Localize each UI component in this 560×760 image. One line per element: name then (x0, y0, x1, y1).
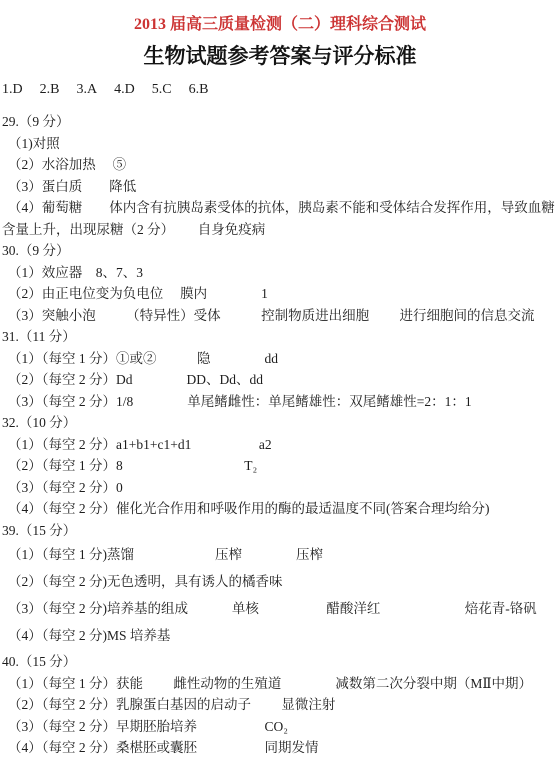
answer-line: （3）（每空 2 分）早期胚胎培养 CO₂ (2, 716, 558, 738)
answer-line: （3）突触小泡 （特异性）受体 控制物质进出细胞 进行细胞间的信息交流 (2, 305, 558, 327)
answer-line: （2）由正电位变为负电位 膜内 1 (2, 283, 558, 305)
section-39: 39.（15 分） （1）（每空 1 分)蒸馏 压榨 压榨 （2）（每空 2 分… (2, 520, 558, 650)
answer-line: （4）（每空 2 分）催化光合作用和呼吸作用的酶的最适温度不同(答案合理均给分) (2, 498, 558, 520)
answer-line: （4）（每空 2 分）桑椹胚或囊胚 同期发情 (2, 737, 558, 759)
answer-line: （3）（每空 2 分）1/8 单尾鳍雌性：单尾鳍雄性：双尾鳍雄性=2：1：1 (2, 391, 558, 413)
section-31-header: 31.（11 分） (2, 326, 558, 348)
answer-line: （2）（每空 1 分）8 T₂ (2, 455, 558, 477)
section-30-header: 30.（9 分） (2, 240, 558, 262)
answer-line: （2）（每空 2 分）乳腺蛋白基因的启动子 显微注射 (2, 694, 558, 716)
answer-line: （4）（每空 2 分)MS 培养基 (2, 622, 558, 649)
answer-line: （1)对照 (2, 133, 558, 155)
answer-line: （3）（每空 2 分)培养基的组成 单核 醋酸洋红 焙花青-铬矾 (2, 595, 558, 622)
choice-answer-1: 1.D (2, 80, 23, 100)
answer-line: （4）葡萄糖 体内含有抗胰岛素受体的抗体，胰岛素不能和受体结合发挥作用，导致血糖 (2, 197, 558, 219)
section-31: 31.（11 分） （1）（每空 1 分）①或② 隐 dd （2）（每空 2 分… (2, 326, 558, 412)
choice-answer-4: 4.D (114, 80, 135, 100)
paper-title: 生物试题参考答案与评分标准 (2, 41, 558, 71)
answer-line: （3）蛋白质 降低 (2, 176, 558, 198)
answer-line-continuation: 含量上升，出现尿糖（2 分） 自身免疫病 (2, 219, 558, 241)
choice-answer-2: 2.B (40, 80, 60, 100)
choice-answer-5: 5.C (152, 80, 172, 100)
section-29: 29.（9 分） （1)对照 （2）水浴加热 ⑤ （3）蛋白质 降低 （4）葡萄… (2, 111, 558, 240)
choice-answers-row: 1.D 2.B 3.A 4.D 5.C 6.B (2, 80, 558, 100)
section-40-header: 40.（15 分） (2, 651, 558, 673)
answer-line: （2）（每空 2 分)无色透明，具有诱人的橘香味 (2, 568, 558, 595)
section-40: 40.（15 分） （1）（每空 1 分）获能 雌性动物的生殖道 减数第二次分裂… (2, 651, 558, 759)
answer-line: （1）（每空 2 分）a1+b1+c1+d1 a2 (2, 434, 558, 456)
section-39-header: 39.（15 分） (2, 520, 558, 542)
answer-line: （1）（每空 1 分）获能 雌性动物的生殖道 减数第二次分裂中期（MⅡ中期） (2, 673, 558, 695)
answer-line: （1）效应器 8、7、3 (2, 262, 558, 284)
choice-answer-6: 6.B (189, 80, 209, 100)
section-32-header: 32.（10 分） (2, 412, 558, 434)
section-29-header: 29.（9 分） (2, 111, 558, 133)
section-30: 30.（9 分） （1）效应器 8、7、3 （2）由正电位变为负电位 膜内 1 … (2, 240, 558, 326)
answer-line: （1）（每空 1 分)蒸馏 压榨 压榨 (2, 541, 558, 568)
answer-line: （1）（每空 1 分）①或② 隐 dd (2, 348, 558, 370)
answer-line: （2）（每空 2 分）Dd DD、Dd、dd (2, 369, 558, 391)
answer-line: （2）水浴加热 ⑤ (2, 154, 558, 176)
page: 2013 届高三质量检测（二）理科综合测试 生物试题参考答案与评分标准 1.D … (0, 0, 558, 759)
choice-answer-3: 3.A (76, 80, 97, 100)
section-32: 32.（10 分） （1）（每空 2 分）a1+b1+c1+d1 a2 （2）（… (2, 412, 558, 520)
exam-title: 2013 届高三质量检测（二）理科综合测试 (2, 14, 558, 36)
answer-line: （3）（每空 2 分）0 (2, 477, 558, 499)
